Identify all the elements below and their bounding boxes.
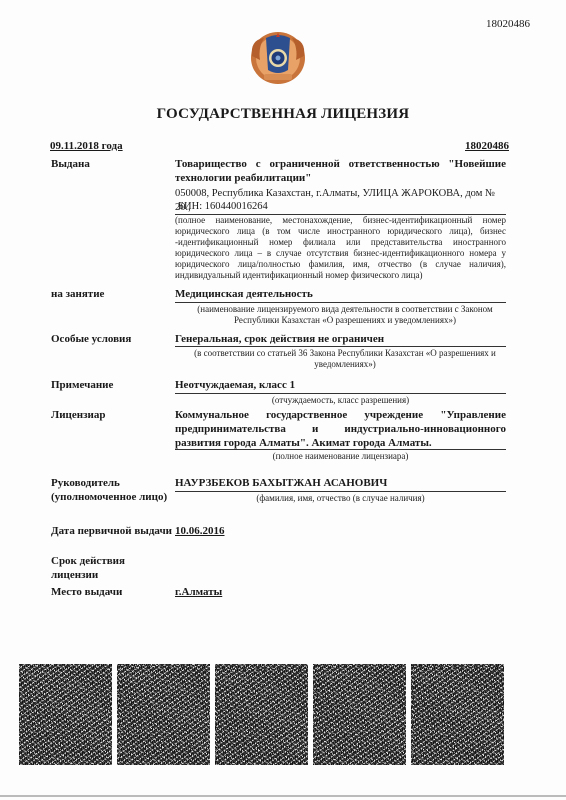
licensor-value: Коммунальное государственное учреждение … [175, 408, 506, 450]
place-value: г.Алматы [175, 585, 506, 599]
qr-code-4 [313, 664, 406, 765]
issued-to-value: Товарищество с ограниченной ответственно… [175, 157, 506, 185]
special-conditions-value: Генеральная, срок действия не ограничен [175, 332, 506, 346]
head-label-line2: (уполномоченное лицо) [51, 490, 167, 504]
place-label: Место выдачи [51, 585, 122, 599]
document-title: ГОСУДАРСТВЕННАЯ ЛИЦЕНЗИЯ [0, 106, 566, 123]
page-edge [0, 795, 566, 797]
qr-code-3 [215, 664, 308, 765]
divider [175, 302, 506, 303]
doc-number-top: 18020486 [486, 18, 530, 30]
validity-label-line1: Срок действия [51, 554, 125, 568]
license-number: 18020486 [465, 140, 509, 152]
qr-code-1 [19, 664, 112, 765]
special-conditions-label: Особые условия [51, 332, 131, 346]
issued-to-bin: БИН: 160440016264 [178, 200, 509, 214]
head-hint: (фамилия, имя, отчество (в случае наличи… [175, 493, 506, 504]
licensor-label: Лицензиар [51, 408, 105, 422]
issued-to-hint: (полное наименование, местонахождение, б… [175, 215, 506, 281]
licensor-hint: (полное наименование лицензиара) [175, 451, 506, 462]
note-hint: (отчуждаемость, класс разрешения) [175, 395, 506, 406]
activity-value: Медицинская деятельность [175, 287, 506, 301]
activity-hint: (наименование лицензируемого вида деятел… [190, 304, 500, 326]
head-label-line1: Руководитель [51, 476, 120, 490]
divider [175, 346, 506, 347]
head-value: НАУРЗБЕКОВ БАХЫТЖАН АСАНОВИЧ [175, 476, 506, 490]
activity-label: на занятие [51, 287, 104, 301]
qr-code-2 [117, 664, 210, 765]
first-issue-value: 10.06.2016 [175, 524, 506, 538]
note-value: Неотчуждаемая, класс 1 [175, 378, 506, 392]
first-issue-label: Дата первичной выдачи [51, 524, 172, 538]
qr-code-5 [411, 664, 504, 765]
validity-label-line2: лицензии [51, 568, 98, 582]
special-conditions-hint: (в соответствии со статьей 36 Закона Рес… [190, 348, 500, 370]
divider [175, 393, 506, 394]
divider [175, 491, 506, 492]
state-emblem-icon [246, 30, 310, 86]
divider [175, 449, 506, 450]
issue-date: 09.11.2018 года [50, 140, 123, 152]
note-label: Примечание [51, 378, 113, 392]
issued-to-label: Выдана [51, 157, 90, 171]
qr-code-row [19, 664, 504, 765]
